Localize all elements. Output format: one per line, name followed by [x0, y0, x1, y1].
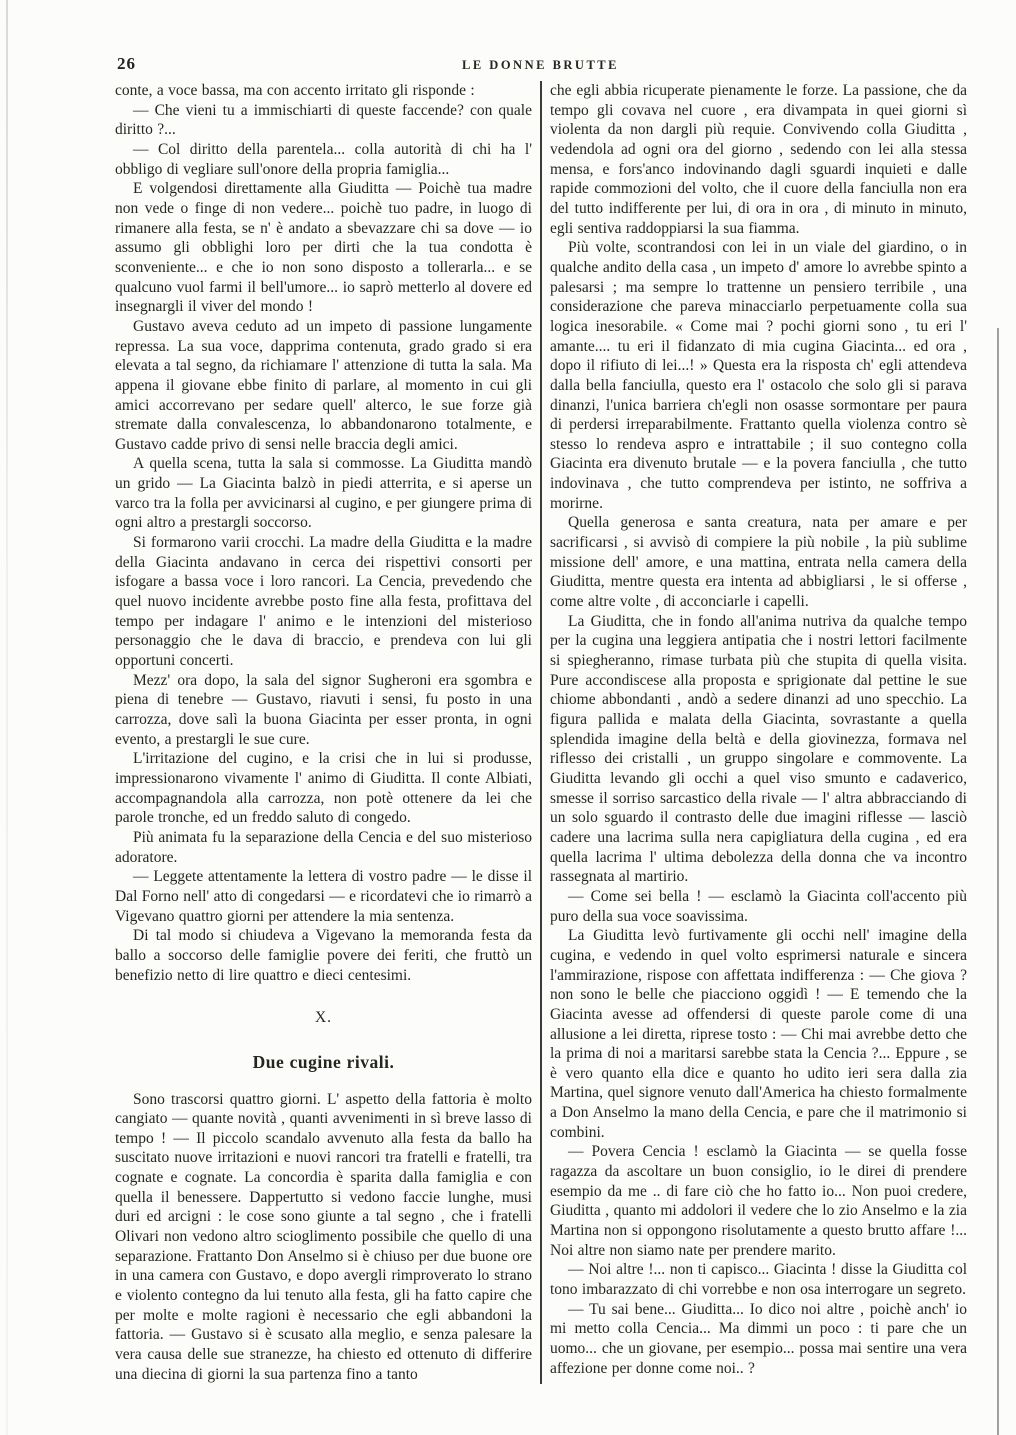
paragraph: L'irritazione del cugino, e la crisi che… — [115, 749, 532, 828]
paragraph: E volgendosi direttamente alla Giuditta … — [115, 179, 532, 317]
left-column: conte, a voce bassa, ma con accento irri… — [115, 81, 532, 1384]
paragraph: Si formarono varii crocchi. La madre del… — [115, 533, 532, 671]
chapter-number: X. — [115, 1008, 532, 1028]
column-divider — [540, 81, 542, 1384]
paragraph: — Come sei bella ! — esclamò la Giacinta… — [550, 887, 967, 926]
paragraph: Più animata fu la separazione della Cenc… — [115, 828, 532, 867]
paragraph: Sono trascorsi quattro giorni. L' aspett… — [115, 1090, 532, 1385]
paragraph: Più volte, scontrandosi con lei in un vi… — [550, 238, 967, 513]
text-columns: conte, a voce bassa, ma con accento irri… — [115, 81, 967, 1384]
paragraph: La Giuditta, che in fondo all'anima nutr… — [550, 612, 967, 887]
paragraph: Gustavo aveva ceduto ad un impeto di pas… — [115, 317, 532, 455]
paragraph: — Tu sai bene... Giuditta... Io dico noi… — [550, 1300, 967, 1379]
page-header: 26 LE DONNE BRUTTE — [115, 54, 966, 76]
paragraph: — Leggete attentamente la lettera di vos… — [115, 867, 532, 926]
paragraph: che egli abbia ricuperate pienamente le … — [550, 81, 967, 238]
paragraph: Quella generosa e santa creatura, nata p… — [550, 513, 967, 611]
paragraph: La Giuditta levò furtivamente gli occhi … — [550, 926, 967, 1142]
chapter-title: Due cugine rivali. — [115, 1053, 532, 1073]
page-edge-shadow — [997, 328, 999, 1435]
paragraph: — Noi altre !... non ti capisco... Giaci… — [550, 1260, 967, 1299]
paragraph: — Povera Cencia ! esclamò la Giacinta — … — [550, 1142, 967, 1260]
book-page: 26 LE DONNE BRUTTE conte, a voce bassa, … — [0, 0, 1016, 1435]
paragraph: — Col diritto della parentela... colla a… — [115, 140, 532, 179]
paragraph: Mezz' ora dopo, la sala del signor Sughe… — [115, 671, 532, 750]
running-title: LE DONNE BRUTTE — [115, 58, 966, 73]
page-edge-left — [6, 0, 8, 1435]
paragraph: — Che vieni tu a immischiarti di queste … — [115, 101, 532, 140]
right-column: che egli abbia ricuperate pienamente le … — [550, 81, 967, 1384]
paragraph: conte, a voce bassa, ma con accento irri… — [115, 81, 532, 101]
paragraph: A quella scena, tutta la sala si commoss… — [115, 454, 532, 533]
paragraph: Di tal modo si chiudeva a Vigevano la me… — [115, 926, 532, 985]
